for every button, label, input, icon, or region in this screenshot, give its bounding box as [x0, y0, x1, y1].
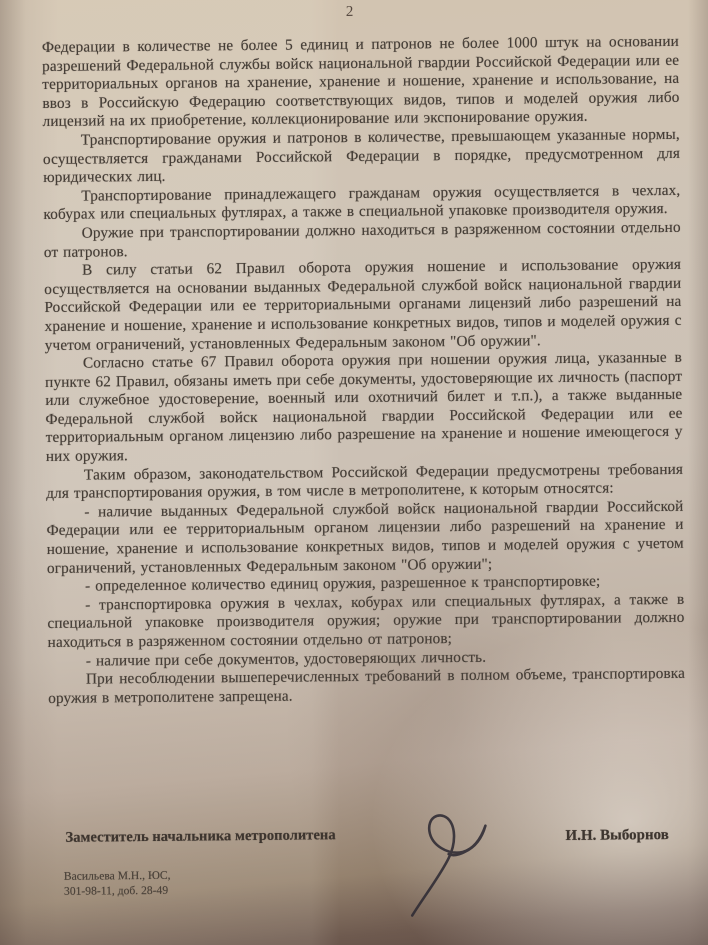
paragraph: - транспортировка оружия в чехлах, кобур…	[47, 591, 685, 653]
paragraph: Федерации в количестве не более 5 единиц…	[42, 33, 680, 132]
paragraph: Транспортирование оружия и патронов в ко…	[43, 126, 681, 188]
page-tilt-wrapper: 2 Федерации в количестве не более 5 един…	[0, 0, 708, 945]
page-number: 2	[0, 1, 704, 25]
document-photo: 2 Федерации в количестве не более 5 един…	[0, 0, 708, 945]
signatory-position: Заместитель начальника метрополитена	[65, 827, 335, 847]
executor-contact: Васильева М.Н., ЮС, 301-98-11, доб. 28-4…	[64, 868, 171, 899]
paragraph: - наличие выданных Федеральной службой в…	[46, 498, 684, 578]
executor-name: Васильева М.Н., ЮС,	[64, 868, 171, 884]
paragraph: Таким образом, законодательством Российс…	[46, 460, 683, 503]
paragraph: Транспортирование принадлежащего граждан…	[43, 182, 680, 225]
paragraph: При несоблюдении вышеперечисленных требо…	[48, 665, 685, 708]
signatory-name: И.Н. Выборнов	[565, 827, 668, 845]
executor-phone: 301-98-11, доб. 28-49	[64, 883, 171, 899]
paragraph: Оружие при транспортировании должно нахо…	[44, 219, 681, 262]
paragraph: В силу статьи 62 Правил оборота оружия н…	[44, 256, 682, 355]
document-body: Федерации в количестве не более 5 единиц…	[42, 33, 685, 708]
paragraph: Согласно статье 67 Правил оборота оружия…	[45, 349, 683, 467]
